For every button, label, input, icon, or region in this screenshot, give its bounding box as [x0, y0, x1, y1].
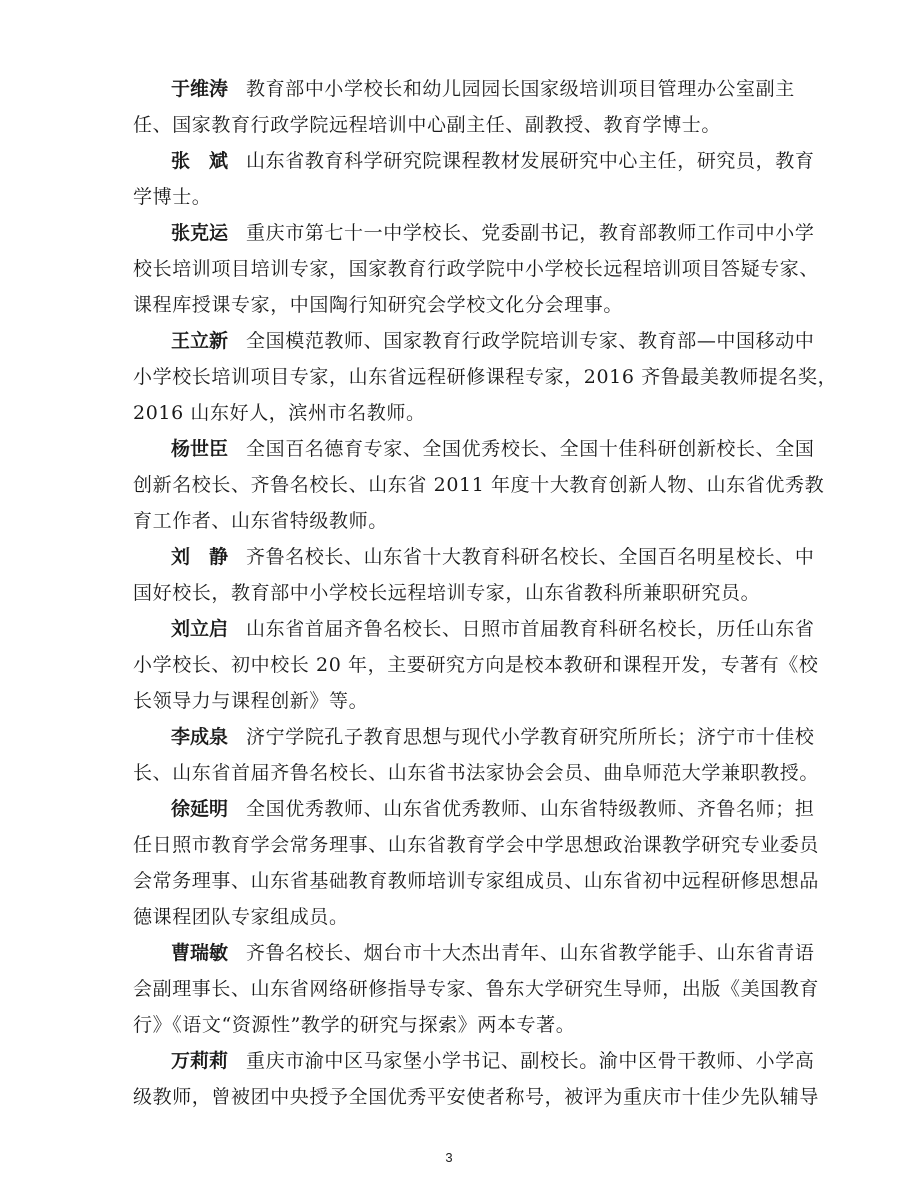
- bio-paragraph: 张 斌山东省教育科学研究院课程教材发展研究中心主任，研究员，教育学博士。: [133, 143, 766, 215]
- text-line: 张 斌山东省教育科学研究院课程教材发展研究中心主任，研究员，教育: [133, 143, 766, 179]
- person-name: 徐延明: [171, 798, 228, 820]
- text-line: 任、国家教育行政学院远程培训中心副主任、副教授、教育学博士。: [133, 107, 766, 143]
- bio-text: 校长培训项目培训专家，国家教育行政学院中小学校长远程培训项目答疑专家、: [133, 258, 819, 280]
- bio-text: 全国优秀教师、山东省优秀教师、山东省特级教师、齐鲁名师；担: [246, 798, 814, 820]
- person-name: 曹瑞敏: [171, 942, 228, 964]
- bio-text: 学博士。: [133, 186, 211, 208]
- text-line: 学博士。: [133, 179, 766, 215]
- text-line: 刘立启山东省首届齐鲁名校长、日照市首届教育科研名校长，历任山东省: [133, 611, 766, 647]
- text-line: 于维涛教育部中小学校长和幼儿园园长国家级培训项目管理办公室副主: [133, 71, 766, 107]
- page-number: 3: [0, 1150, 898, 1165]
- bio-text: 任日照市教育学会常务理事、山东省教育学会中学思想政治课教学研究专业委员: [133, 834, 819, 856]
- text-line: 张克运重庆市第七十一中学校长、党委副书记，教育部教师工作司中小学: [133, 215, 766, 251]
- bio-paragraph: 杨世臣全国百名德育专家、全国优秀校长、全国十佳科研创新校长、全国创新名校长、齐鲁…: [133, 431, 766, 539]
- person-name: 刘 静: [171, 546, 228, 568]
- person-name: 刘立启: [171, 618, 228, 640]
- bio-text: 齐鲁名校长、山东省十大教育科研名校长、全国百名明星校长、中: [246, 546, 814, 568]
- document-page: 于维涛教育部中小学校长和幼儿园园长国家级培训项目管理办公室副主任、国家教育行政学…: [0, 0, 898, 1198]
- text-line: 育工作者、山东省特级教师。: [133, 503, 766, 539]
- bio-text: 全国模范教师、国家教育行政学院培训专家、教育部—中国移动中: [246, 330, 814, 352]
- text-line: 会副理事长、山东省网络研修指导专家、鲁东大学研究生导师，出版《美国教育: [133, 971, 766, 1007]
- person-name: 万莉莉: [171, 1050, 228, 1072]
- bio-text: 长领导力与课程创新》等。: [133, 690, 368, 712]
- bio-paragraph: 刘立启山东省首届齐鲁名校长、日照市首届教育科研名校长，历任山东省小学校长、初中校…: [133, 611, 766, 719]
- bio-text: 山东省教育科学研究院课程教材发展研究中心主任，研究员，教育: [246, 150, 814, 172]
- bio-paragraph: 万莉莉重庆市渝中区马家堡小学书记、副校长。渝中区骨干教师、小学高级教师，曾被团中…: [133, 1043, 766, 1115]
- text-line: 德课程团队专家组成员。: [133, 899, 766, 935]
- bio-text: 教育部中小学校长和幼儿园园长国家级培训项目管理办公室副主: [246, 78, 795, 100]
- text-line: 小学校长培训项目专家，山东省远程研修课程专家，2016 齐鲁最美教师提名奖，: [133, 359, 766, 395]
- text-line: 小学校长、初中校长 20 年，主要研究方向是校本教研和课程开发，专著有《校: [133, 647, 766, 683]
- text-line: 级教师，曾被团中央授予全国优秀平安使者称号，被评为重庆市十佳少先队辅导: [133, 1079, 766, 1115]
- person-name: 张克运: [171, 222, 228, 244]
- person-name: 李成泉: [171, 726, 228, 748]
- bio-text: 小学校长、初中校长 20 年，主要研究方向是校本教研和课程开发，专著有《校: [133, 654, 818, 676]
- text-line: 王立新全国模范教师、国家教育行政学院培训专家、教育部—中国移动中: [133, 323, 766, 359]
- bio-text: 会常务理事、山东省基础教育教师培训专家组成员、山东省初中远程研修思想品: [133, 870, 819, 892]
- person-name: 王立新: [171, 330, 228, 352]
- bio-text: 课程库授课专家，中国陶行知研究会学校文化分会理事。: [133, 294, 623, 316]
- text-line: 行》《语文“资源性”教学的研究与探索》两本专著。: [133, 1007, 766, 1043]
- bio-paragraph: 于维涛教育部中小学校长和幼儿园园长国家级培训项目管理办公室副主任、国家教育行政学…: [133, 71, 766, 143]
- text-line: 李成泉济宁学院孔子教育思想与现代小学教育研究所所长；济宁市十佳校: [133, 719, 766, 755]
- text-line: 课程库授课专家，中国陶行知研究会学校文化分会理事。: [133, 287, 766, 323]
- document-body: 于维涛教育部中小学校长和幼儿园园长国家级培训项目管理办公室副主任、国家教育行政学…: [133, 71, 766, 1115]
- text-line: 长领导力与课程创新》等。: [133, 683, 766, 719]
- text-line: 万莉莉重庆市渝中区马家堡小学书记、副校长。渝中区骨干教师、小学高: [133, 1043, 766, 1079]
- text-line: 徐延明全国优秀教师、山东省优秀教师、山东省特级教师、齐鲁名师；担: [133, 791, 766, 827]
- text-line: 校长培训项目培训专家，国家教育行政学院中小学校长远程培训项目答疑专家、: [133, 251, 766, 287]
- bio-text: 山东省首届齐鲁名校长、日照市首届教育科研名校长，历任山东省: [246, 618, 814, 640]
- bio-text: 德课程团队专家组成员。: [133, 906, 349, 928]
- bio-text: 任、国家教育行政学院远程培训中心副主任、副教授、教育学博士。: [133, 114, 721, 136]
- bio-paragraph: 曹瑞敏齐鲁名校长、烟台市十大杰出青年、山东省教学能手、山东省青语会副理事长、山东…: [133, 935, 766, 1043]
- bio-paragraph: 王立新全国模范教师、国家教育行政学院培训专家、教育部—中国移动中小学校长培训项目…: [133, 323, 766, 431]
- bio-text: 国好校长，教育部中小学校长远程培训专家，山东省教科所兼职研究员。: [133, 582, 760, 604]
- bio-text: 重庆市第七十一中学校长、党委副书记，教育部教师工作司中小学: [246, 222, 814, 244]
- bio-paragraph: 张克运重庆市第七十一中学校长、党委副书记，教育部教师工作司中小学校长培训项目培训…: [133, 215, 766, 323]
- person-name: 杨世臣: [171, 438, 228, 460]
- bio-text: 2016 山东好人，滨州市名教师。: [133, 402, 426, 424]
- text-line: 会常务理事、山东省基础教育教师培训专家组成员、山东省初中远程研修思想品: [133, 863, 766, 899]
- bio-paragraph: 刘 静齐鲁名校长、山东省十大教育科研名校长、全国百名明星校长、中国好校长，教育部…: [133, 539, 766, 611]
- text-line: 创新名校长、齐鲁名校长、山东省 2011 年度十大教育创新人物、山东省优秀教: [133, 467, 766, 503]
- text-line: 杨世臣全国百名德育专家、全国优秀校长、全国十佳科研创新校长、全国: [133, 431, 766, 467]
- bio-text: 会副理事长、山东省网络研修指导专家、鲁东大学研究生导师，出版《美国教育: [133, 978, 819, 1000]
- bio-text: 全国百名德育专家、全国优秀校长、全国十佳科研创新校长、全国: [246, 438, 814, 460]
- bio-paragraph: 李成泉济宁学院孔子教育思想与现代小学教育研究所所长；济宁市十佳校长、山东省首届齐…: [133, 719, 766, 791]
- bio-text: 长、山东省首届齐鲁名校长、山东省书法家协会会员、曲阜师范大学兼职教授。: [133, 762, 819, 784]
- text-line: 刘 静齐鲁名校长、山东省十大教育科研名校长、全国百名明星校长、中: [133, 539, 766, 575]
- text-line: 长、山东省首届齐鲁名校长、山东省书法家协会会员、曲阜师范大学兼职教授。: [133, 755, 766, 791]
- text-line: 任日照市教育学会常务理事、山东省教育学会中学思想政治课教学研究专业委员: [133, 827, 766, 863]
- bio-text: 行》《语文“资源性”教学的研究与探索》两本专著。: [133, 1014, 575, 1036]
- bio-text: 重庆市渝中区马家堡小学书记、副校长。渝中区骨干教师、小学高: [246, 1050, 814, 1072]
- person-name: 于维涛: [171, 78, 228, 100]
- bio-text: 齐鲁名校长、烟台市十大杰出青年、山东省教学能手、山东省青语: [246, 942, 814, 964]
- text-line: 国好校长，教育部中小学校长远程培训专家，山东省教科所兼职研究员。: [133, 575, 766, 611]
- person-name: 张 斌: [171, 150, 228, 172]
- bio-text: 创新名校长、齐鲁名校长、山东省 2011 年度十大教育创新人物、山东省优秀教: [133, 474, 824, 496]
- bio-text: 育工作者、山东省特级教师。: [133, 510, 388, 532]
- bio-text: 级教师，曾被团中央授予全国优秀平安使者称号，被评为重庆市十佳少先队辅导: [133, 1086, 819, 1108]
- bio-paragraph: 徐延明全国优秀教师、山东省优秀教师、山东省特级教师、齐鲁名师；担任日照市教育学会…: [133, 791, 766, 935]
- text-line: 曹瑞敏齐鲁名校长、烟台市十大杰出青年、山东省教学能手、山东省青语: [133, 935, 766, 971]
- bio-text: 小学校长培训项目专家，山东省远程研修课程专家，2016 齐鲁最美教师提名奖，: [133, 366, 837, 388]
- bio-text: 济宁学院孔子教育思想与现代小学教育研究所所长；济宁市十佳校: [246, 726, 814, 748]
- text-line: 2016 山东好人，滨州市名教师。: [133, 395, 766, 431]
